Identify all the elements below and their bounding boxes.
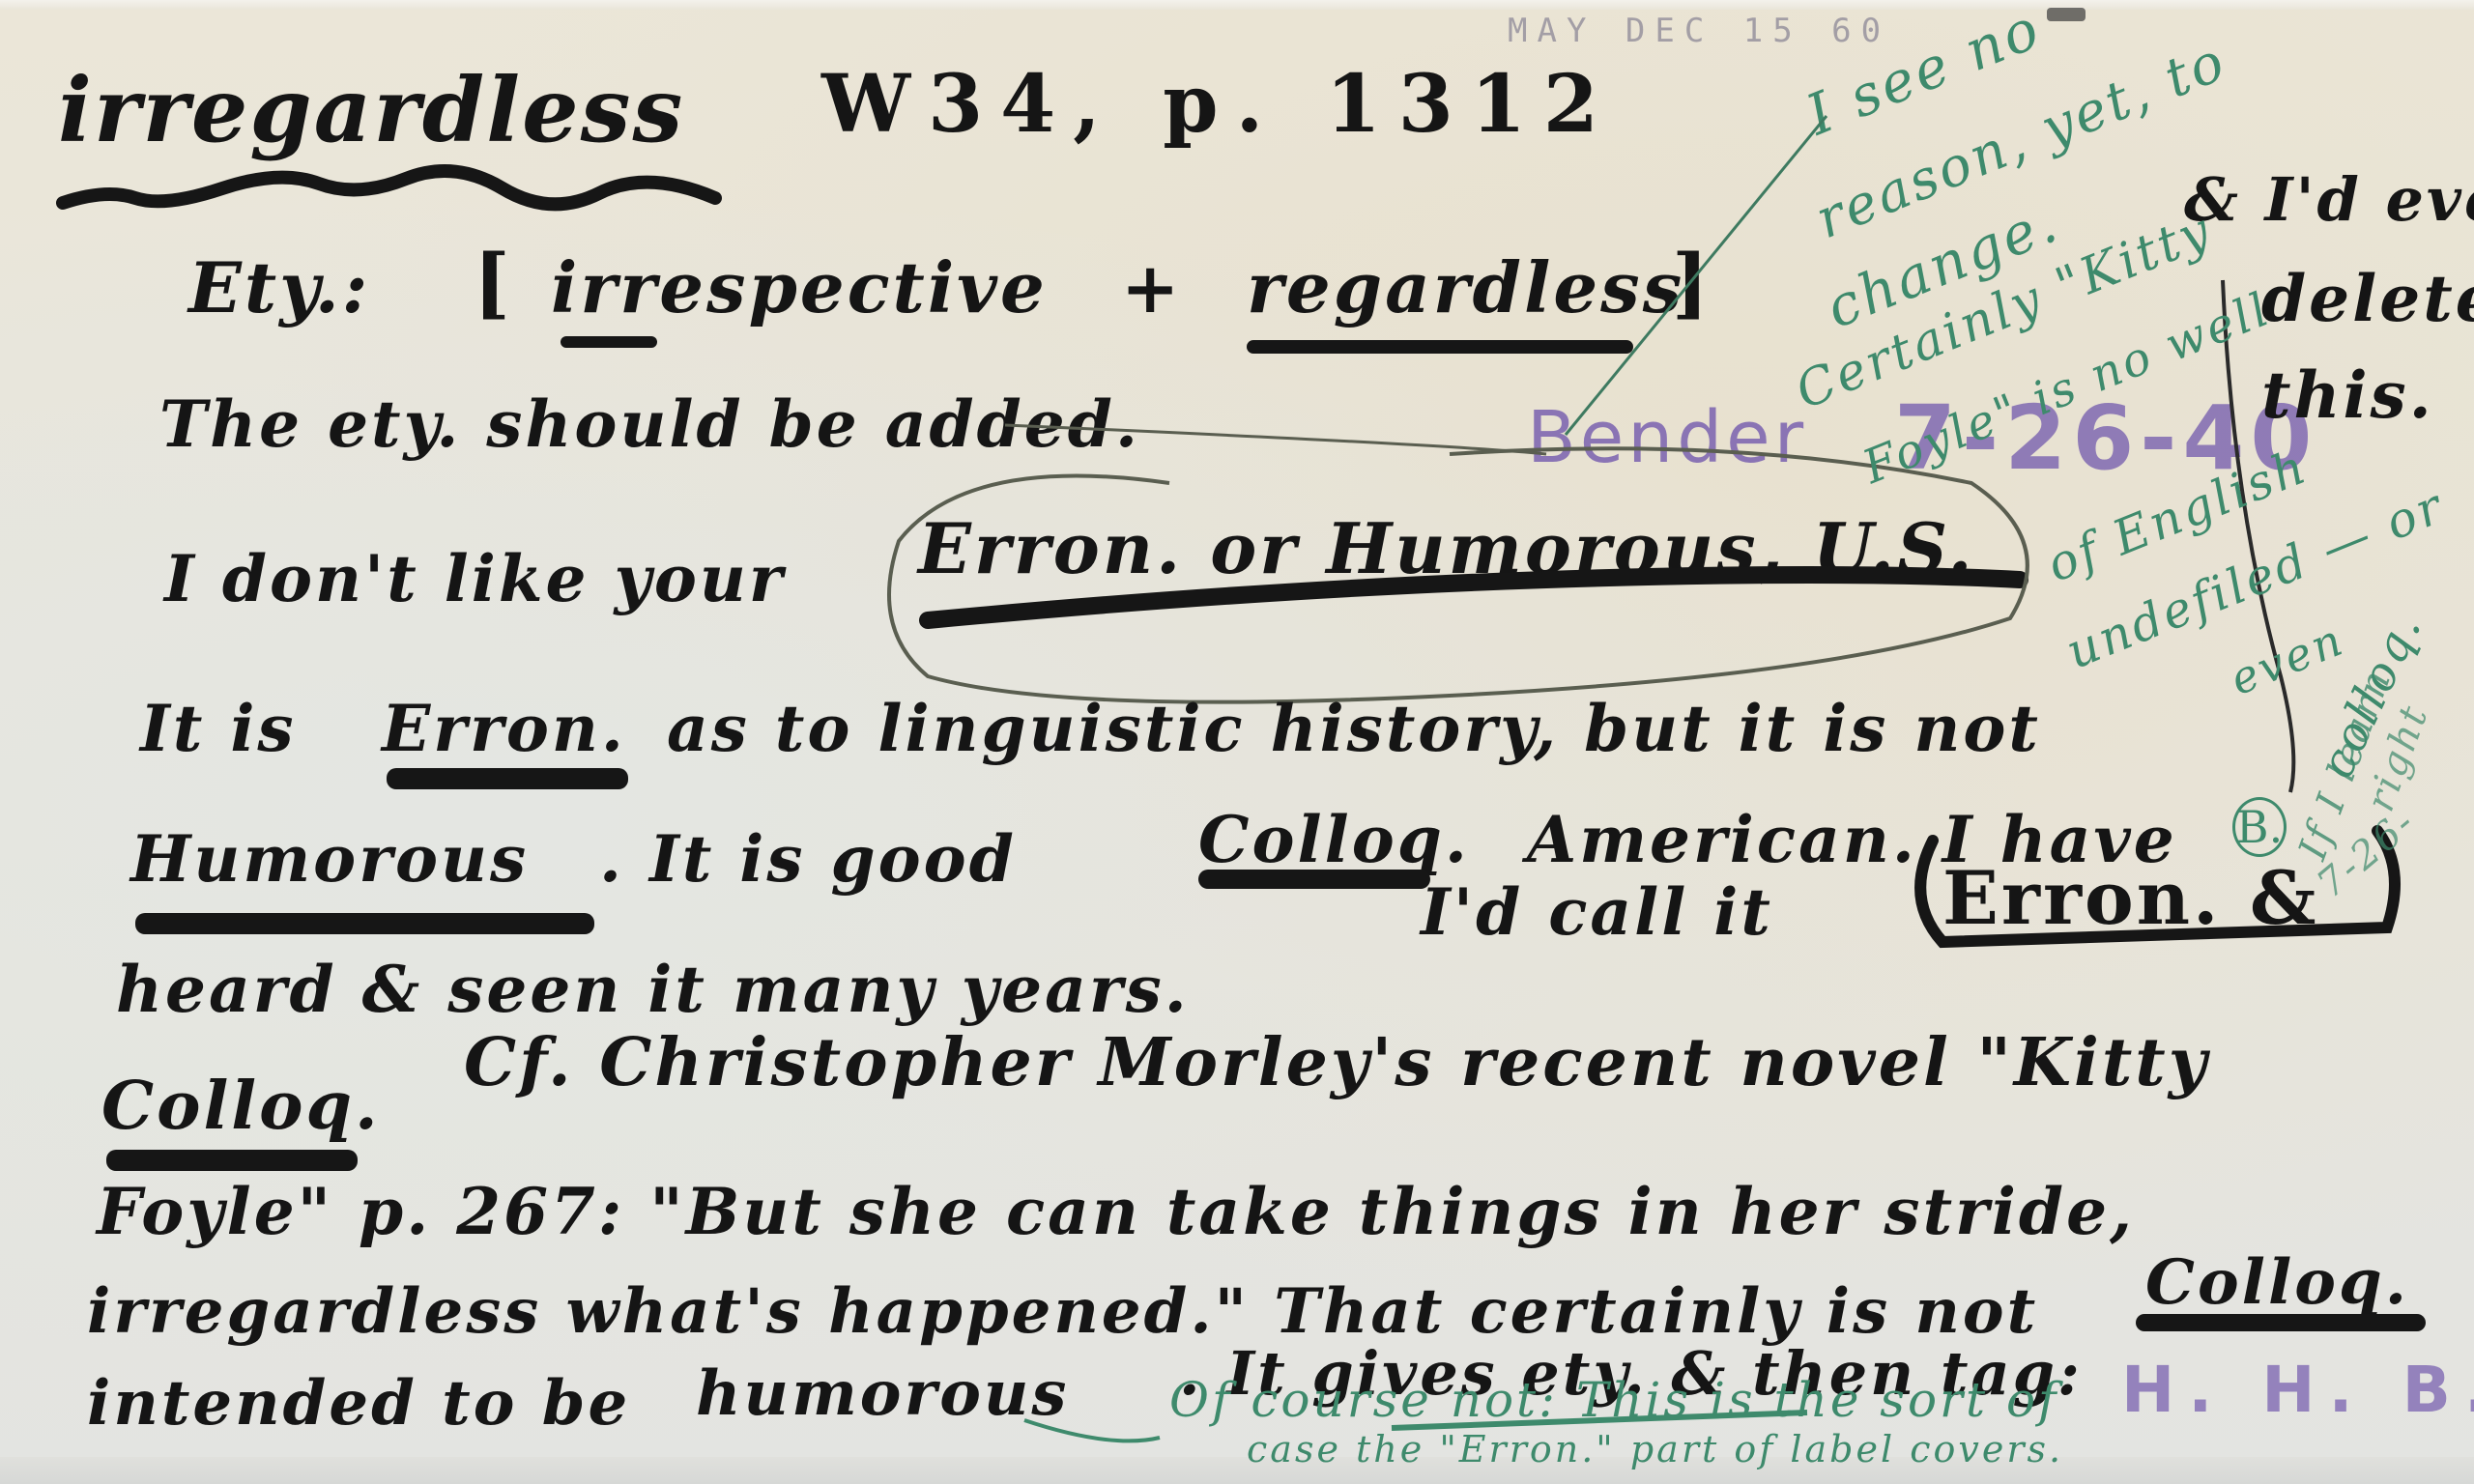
label-colloq-2: Colloq.	[101, 1068, 381, 1145]
label-erron-and: Erron. &	[1942, 855, 2319, 941]
humorous-underline	[135, 913, 594, 934]
card-bottom-edge	[0, 1457, 2474, 1484]
etymology-word-regardless: regardless	[1247, 246, 1684, 328]
received-date-stamp: MAY DEC 15 60	[1508, 12, 1890, 50]
colloq-3-underline	[2136, 1314, 2426, 1331]
headword: irregardless	[58, 58, 684, 162]
text-line-irregardless-quote: irregardless what's happened." That cert…	[87, 1275, 2038, 1348]
text-line-linguistic-history: as to linguistic history, but it is not	[667, 691, 2041, 766]
dictionary-slip: MAY DEC 15 60 irregardless W34, p. 1312 …	[0, 0, 2474, 1484]
signature-initials-stamp: H. H. B.	[2121, 1353, 2474, 1427]
source-reference: W34, p. 1312	[821, 58, 1616, 151]
text-id-call-it: I'd call it	[1421, 874, 1773, 950]
etymology-word-irrespective: irrespective	[551, 246, 1048, 328]
green-line-8: even	[2223, 613, 2351, 705]
side-note-line-3: this.	[2261, 357, 2434, 433]
label-colloq-3: Colloq.	[2145, 1246, 2409, 1319]
ink-blot	[2047, 8, 2086, 21]
etymology-label: Ety.:	[188, 246, 370, 328]
text-heard-seen: heard & seen it many years.	[116, 952, 1190, 1027]
erron-underline	[387, 768, 628, 789]
irr-underline	[561, 336, 657, 348]
side-note-line-2: delete	[2261, 261, 2474, 336]
card-top-edge	[0, 0, 2474, 10]
etymology-plus: +	[1121, 246, 1182, 328]
regardless-underline	[1247, 340, 1633, 354]
etymology-close-bracket: ]	[1672, 237, 1712, 328]
colloq-1-underline	[1198, 870, 1430, 889]
label-colloq-1: Colloq.	[1198, 802, 1470, 877]
green-bottom-line-1: Of course not: This is the sort of	[1169, 1372, 2059, 1428]
reviewer-name-stamp: Bender	[1527, 396, 1807, 479]
side-note-line-1: & I'd even	[2184, 164, 2474, 235]
label-humorous: Humorous	[130, 821, 529, 897]
text-line-foyle-quote: Foyle" p. 267: "But she can take things …	[97, 1174, 2135, 1249]
label-erron-humorous: Erron. or Humorous, U.S.	[918, 507, 1975, 589]
colloq-2-underline	[106, 1150, 358, 1171]
text-line-ety-added: The ety. should be added.	[159, 386, 1140, 462]
text-intended-to-be: intended to be	[87, 1367, 630, 1440]
green-annotation-top-8: even	[2223, 613, 2351, 705]
text-it-is: It is	[140, 691, 297, 766]
etymology-open-bracket: [	[474, 237, 513, 328]
label-erron: Erron.	[382, 691, 626, 766]
label-humorous-2: humorous	[696, 1357, 1069, 1430]
text-line-dont-like: I don't like your	[164, 541, 786, 616]
text-line-cf-morley: Cf. Christopher Morley's recent novel "K…	[464, 1024, 2209, 1101]
text-it-is-good: . It is good	[599, 821, 1017, 897]
green-bottom-line-2: case the "Erron." part of label covers.	[1247, 1428, 2063, 1470]
green-circled-initial: B.	[2232, 797, 2287, 857]
